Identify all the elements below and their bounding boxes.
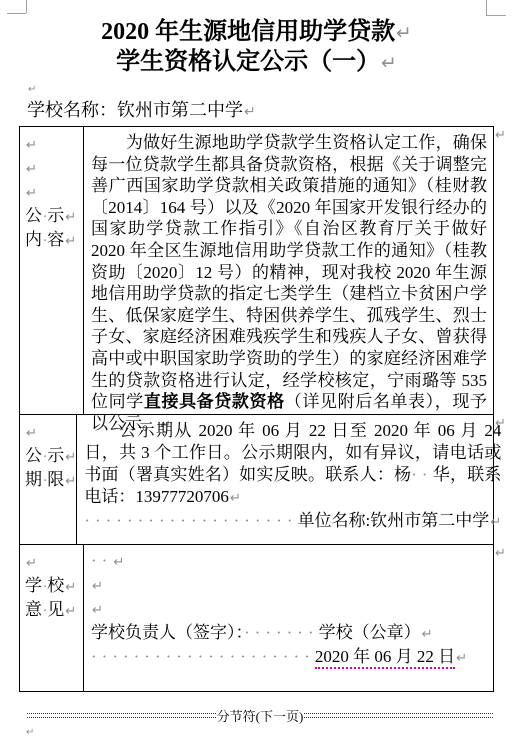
paragraph-mark: ↵ [91, 603, 103, 618]
text-run: 公 [25, 206, 42, 225]
paragraph-mark: ↵ [64, 210, 76, 225]
doc-title-line1: 2020 年生源地信用助学贷款↵ [27, 18, 486, 48]
period-paragraph: 公示期从 2020 年 06 月 22 日至 2020 年 06 月 24 日，… [84, 420, 501, 510]
opinion-blank-line: ··↵ [91, 550, 487, 574]
text-run: 2020 年生源地信用助学贷款 [101, 19, 395, 45]
paragraph-mark: ↵ [64, 580, 76, 595]
text-run: 公 [25, 446, 42, 465]
text-run: 为做好生源地助学贷款学生资格认定工作，确保每一位贷款学生都具备贷款资格，根据《关… [91, 133, 487, 411]
announcement-content-cell: 为做好生源地助学贷款学生资格认定工作，确保每一位贷款学生都具备贷款资格，根据《关… [84, 127, 493, 414]
announcement-paragraph: 为做好生源地助学贷款学生资格认定工作，确保每一位贷款学生都具备贷款资格，根据《关… [91, 132, 487, 436]
announcement-table: ↵ ↵ ↵ 公·示↵ 内·容↵ 为做好生源地助学贷款学生资格认定工作，确保每一位… [19, 126, 494, 692]
space-dots: ·· [411, 465, 432, 484]
table-row-school-opinion: ↵ 学·校↵ 意·见↵ ··↵ ↵ ↵ 学校负责人（签字）：·······学校（… [20, 544, 493, 691]
paragraph-mark: ↵ [25, 186, 37, 201]
opinion-blank-line: ↵ [91, 598, 487, 622]
text-run: 校 [47, 576, 64, 595]
section-break: 分节符(下一页) [27, 706, 493, 725]
text-run: 示 [47, 446, 64, 465]
label-line: ↵ [25, 551, 83, 575]
text-run: 学校负责人（签字）： [91, 623, 244, 642]
table-row-announcement-period: ↵ 公·示↵ 期·限↵ 公示期从 2020 年 06 月 22 日至 2020 … [20, 414, 493, 544]
text-run: 示 [47, 206, 64, 225]
bottom-paragraph-mark: ↵ [26, 726, 34, 739]
paragraph-mark: ↵ [380, 53, 397, 74]
space-dots: ·· [91, 551, 112, 570]
label-line: 公·示↵ [25, 445, 76, 469]
row-label-gongshi-qixian: ↵ 公·示↵ 期·限↵ [20, 415, 77, 544]
empty-paragraph-mark: ↵ [27, 82, 36, 96]
section-break-dotted-line [27, 713, 216, 718]
label-line: ↵ [25, 181, 83, 205]
paragraph-mark: ↵ [25, 426, 37, 441]
label-line: ↵ [25, 421, 76, 445]
table-row-announcement-content: ↵ ↵ ↵ 公·示↵ 内·容↵ 为做好生源地助学贷款学生资格认定工作，确保每一位… [20, 127, 493, 414]
date-line: ·····················2020 年 06 月 22 日↵ [91, 646, 487, 670]
text-run: 学校名称：钦州市第二中学 [27, 100, 243, 120]
paragraph-mark: ↵ [91, 579, 103, 594]
crop-mark-top-right-horizontal [486, 15, 506, 16]
document-page: 2020 年生源地信用助学贷款↵ 学生资格认定公示（一）↵ ↵ 学校名称：钦州市… [0, 0, 526, 748]
unit-name-line: ····················单位名称:钦州市第二中学↵ [84, 510, 501, 534]
paragraph-mark: ↵ [25, 556, 37, 571]
label-line: ↵ [25, 133, 83, 157]
text-run: 学生资格认定公示（一） [116, 49, 380, 75]
row-label-xuexiao-yijian: ↵ 学·校↵ 意·见↵ [20, 545, 84, 691]
row-end-mark: ↵ [495, 129, 506, 142]
announcement-period-cell: 公示期从 2020 年 06 月 22 日至 2020 年 06 月 24 日，… [77, 415, 507, 544]
paragraph-mark: ↵ [395, 23, 412, 44]
paragraph-mark: ↵ [64, 604, 76, 619]
row-end-mark: ↵ [495, 417, 506, 430]
section-break-dotted-line [304, 713, 493, 718]
text-run: 学 [25, 576, 42, 595]
space-dots: ······· [244, 623, 319, 642]
paragraph-mark: ↵ [27, 84, 36, 95]
space-dots: ····················· [91, 647, 315, 666]
paragraph-mark: ↵ [229, 491, 241, 506]
crop-mark-top-right-vertical [486, 0, 487, 15]
paragraph-mark: ↵ [64, 474, 76, 489]
paragraph-mark: ↵ [64, 234, 76, 249]
smart-tag-date: 2020 年 06 月 22 日 [315, 647, 455, 669]
doc-title: 2020 年生源地信用助学贷款↵ 学生资格认定公示（一）↵ [27, 18, 486, 78]
paragraph-mark: ↵ [455, 651, 467, 666]
paragraph-mark: ↵ [64, 450, 76, 465]
paragraph-mark: ↵ [243, 104, 256, 120]
section-break-label: 分节符(下一页) [216, 706, 305, 725]
label-line: 内·容↵ [25, 229, 83, 253]
label-line: 公·示↵ [25, 205, 83, 229]
signature-line: 学校负责人（签字）：·······学校（公章）↵ [91, 622, 487, 646]
paragraph-mark: ↵ [25, 162, 37, 177]
text-run: 见 [47, 600, 64, 619]
paragraph-mark: ↵ [421, 627, 433, 642]
text-run: 容 [47, 230, 64, 249]
crop-mark-top-left-vertical [26, 0, 27, 13]
label-line: ↵ [25, 157, 83, 181]
row-end-mark: ↵ [495, 547, 506, 560]
space-dots: ···················· [84, 511, 297, 530]
doc-title-line2: 学生资格认定公示（一）↵ [27, 48, 486, 78]
text-run: 限 [47, 470, 64, 489]
text-run: 意 [25, 600, 42, 619]
text-run: 学校（公章） [319, 623, 421, 642]
label-line: 学·校↵ [25, 575, 83, 599]
text-run: 单位名称:钦州市第二中学 [298, 511, 490, 530]
label-line: 期·限↵ [25, 469, 76, 493]
crop-mark-top-left-horizontal [7, 13, 26, 14]
text-run: 直接具备贷款资格 [144, 392, 285, 411]
opinion-blank-line: ↵ [91, 574, 487, 598]
school-opinion-cell: ··↵ ↵ ↵ 学校负责人（签字）：·······学校（公章）↵ ·······… [84, 545, 493, 691]
text-run: 内 [25, 230, 42, 249]
paragraph-mark: ↵ [112, 555, 124, 570]
label-line: 意·见↵ [25, 599, 83, 623]
school-name-line: 学校名称：钦州市第二中学↵ [27, 96, 256, 122]
row-label-gongshi-neirong: ↵ ↵ ↵ 公·示↵ 内·容↵ [20, 127, 84, 414]
text-run: 期 [25, 470, 42, 489]
paragraph-mark: ↵ [25, 138, 37, 153]
paragraph-mark: ↵ [489, 515, 501, 530]
